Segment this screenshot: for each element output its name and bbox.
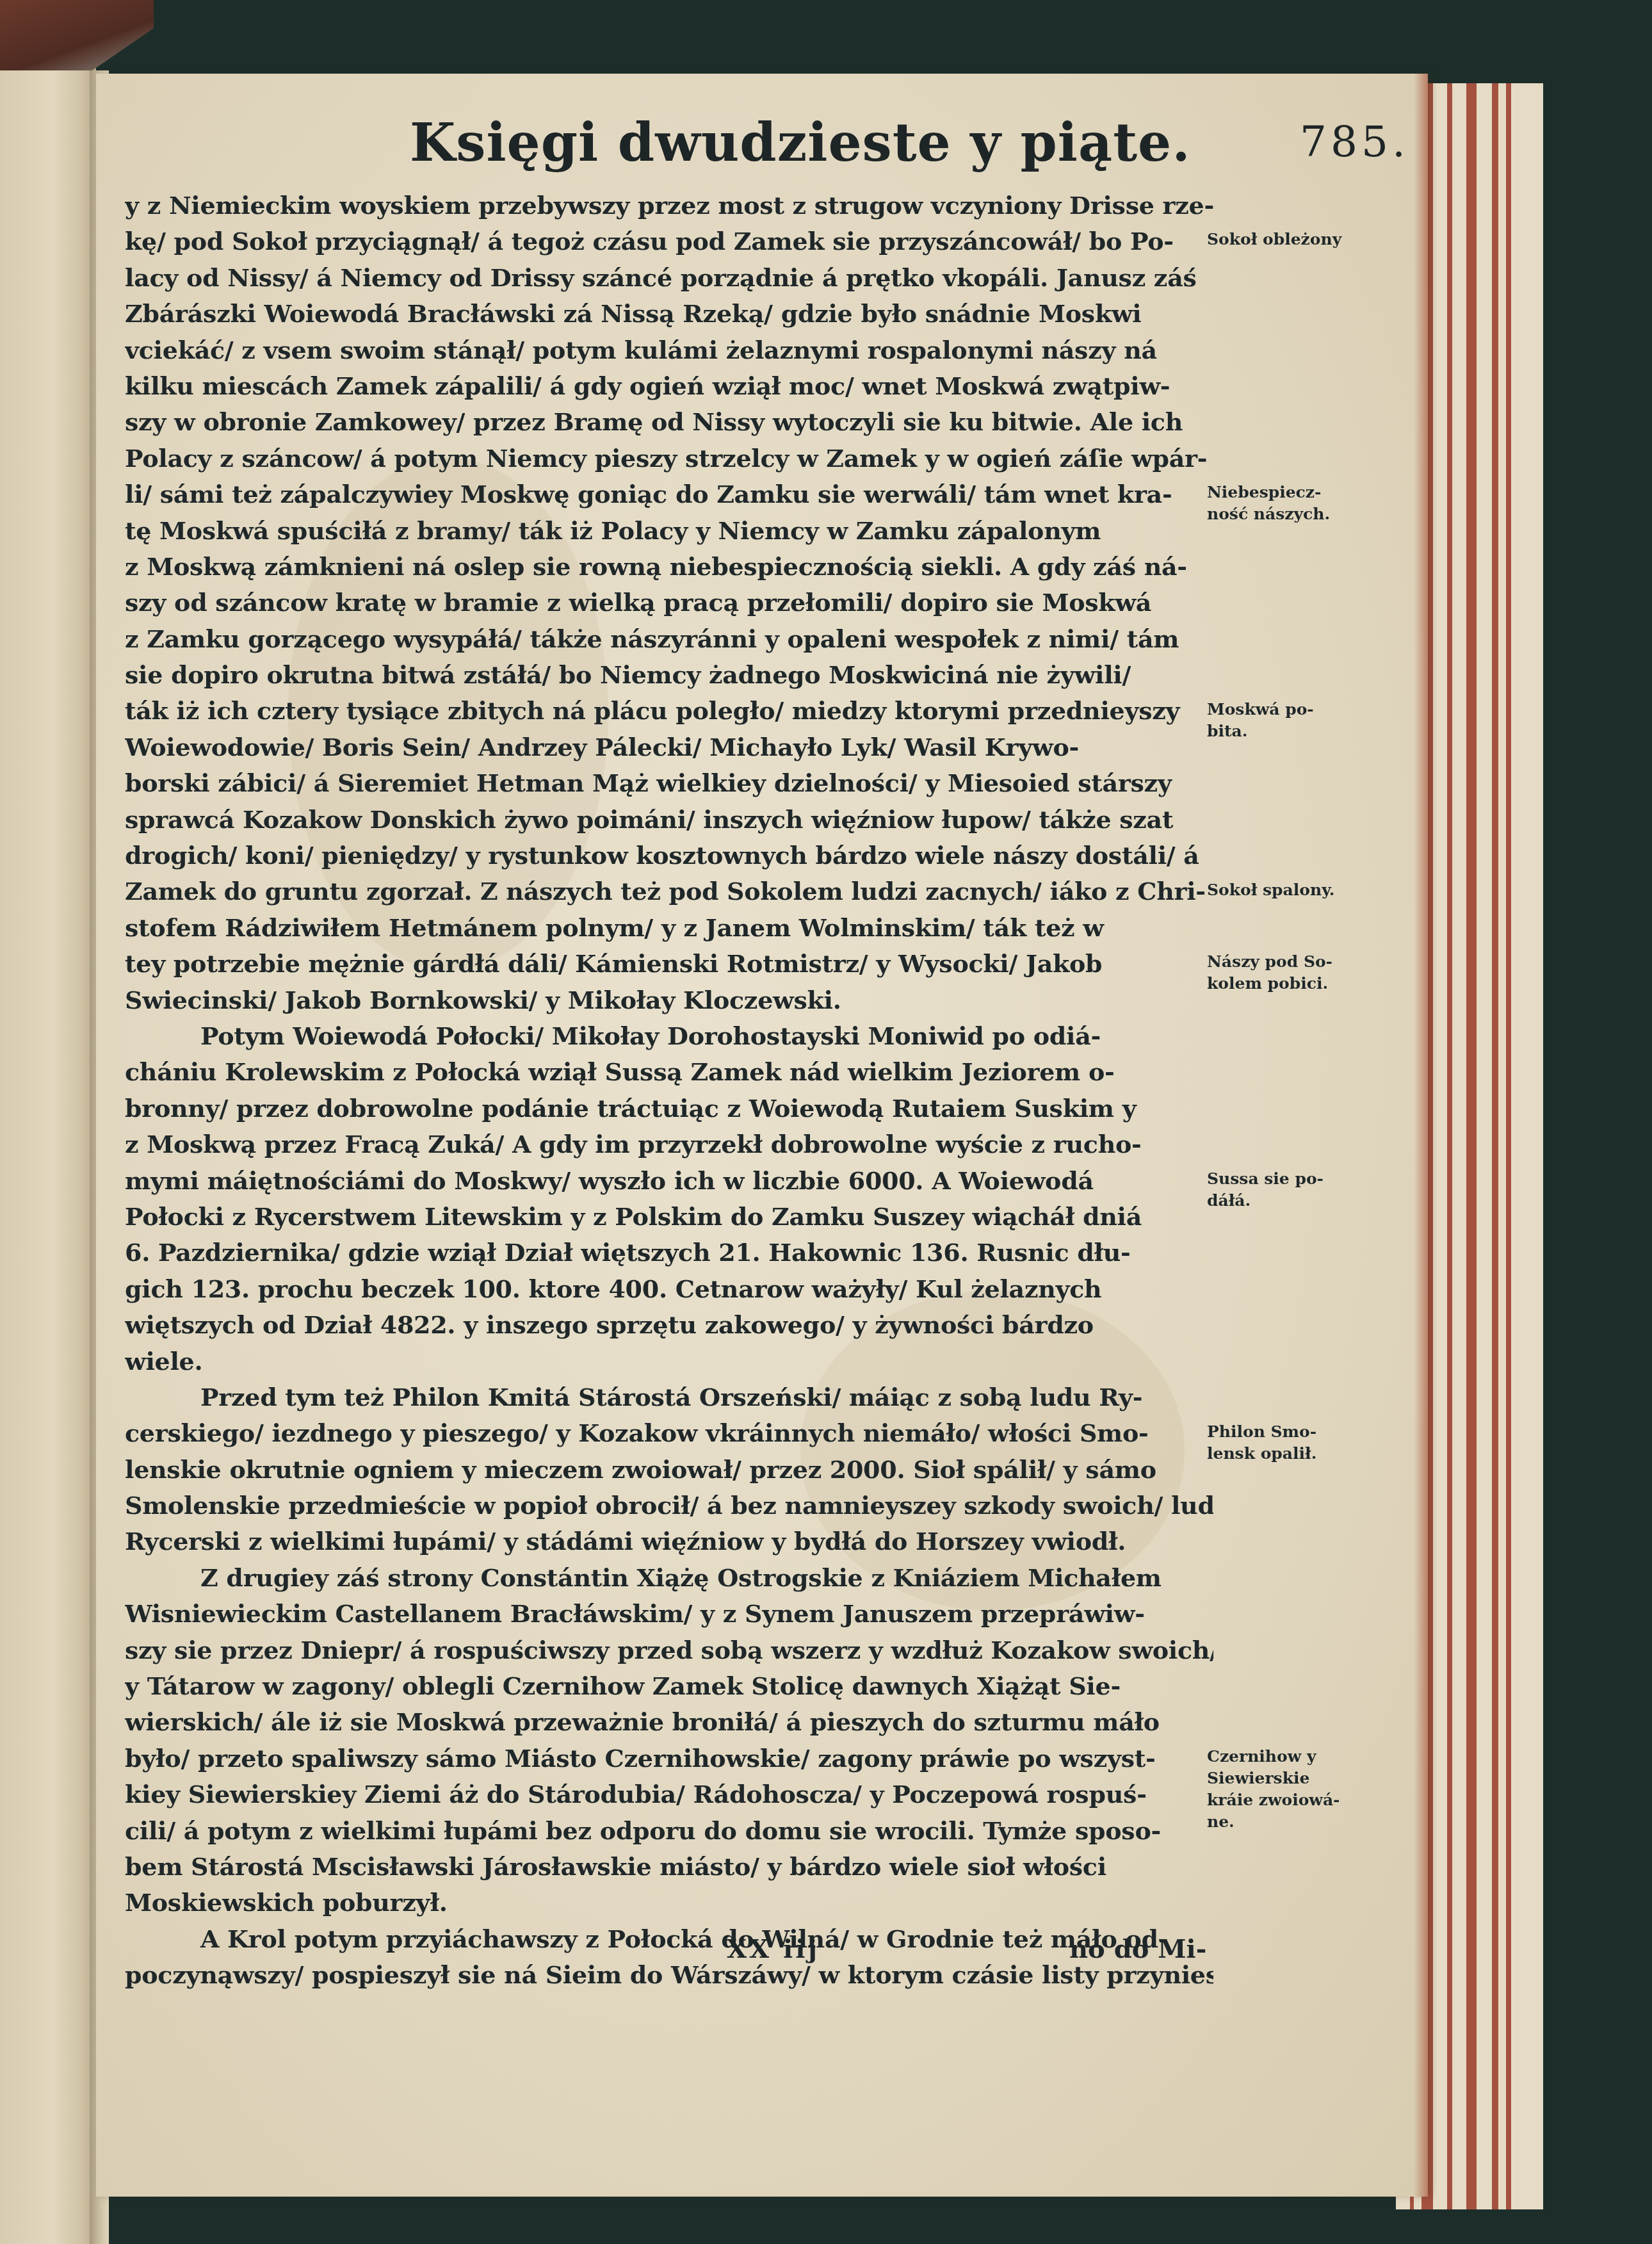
text-line: kę/ pod Sokoł przyciągnął/ á tegoż czásu… [125, 224, 1213, 259]
text-line: Z drugiey záś strony Constántin Xiążę Os… [125, 1560, 1213, 1596]
text-line: Swiecinski/ Jakob Bornkowski/ y Mikołay … [125, 982, 1213, 1018]
text-line: tę Moskwá spuściłá z bramy/ ták iż Polac… [125, 513, 1213, 549]
marginal-note-line: Philon Smo- [1207, 1421, 1412, 1443]
text-line: mymi máiętnościámi do Moskwy/ wyszło ich… [125, 1163, 1213, 1199]
text-line: vciekáć/ z vsem swoim stánął/ potym kulá… [125, 332, 1213, 368]
marginal-note: Sussa sie po-dáłá. [1207, 1168, 1412, 1212]
marginal-note: Nászy pod So-kolem pobici. [1207, 951, 1412, 995]
text-line: Smolenskie przedmieście w popioł obrocił… [125, 1488, 1213, 1524]
text-line: kiey Siewierskiey Ziemi áż do Stárodubia… [125, 1776, 1213, 1812]
text-line: drogich/ koni/ pieniędzy/ y rystunkow ko… [125, 838, 1213, 874]
text-line: sprawcá Kozakow Donskich żywo poimáni/ i… [125, 802, 1213, 838]
text-line: chániu Krolewskim z Połocká wziął Sussą … [125, 1054, 1213, 1090]
text-line: stofem Rádziwiłem Hetmánem polnym/ y z J… [125, 910, 1213, 946]
text-line: Woiewodowie/ Boris Sein/ Andrzey Pálecki… [125, 729, 1213, 765]
text-line: 6. Pazdziernika/ gdzie wziął Dział więts… [125, 1235, 1213, 1271]
text-line: wiele. [125, 1344, 1213, 1379]
text-line: cerskiego/ iezdnego y pieszego/ y Kozako… [125, 1415, 1213, 1451]
marginal-note-line: kráie zwoiowá- [1207, 1789, 1412, 1811]
marginal-note-line: bita. [1207, 720, 1412, 742]
book-page: Księgi dwudzieste y piąte. 785. y z Niem… [96, 74, 1428, 2197]
marginal-note-line: ne. [1207, 1811, 1412, 1833]
text-line: szy sie przez Dniepr/ á rospuściwszy prz… [125, 1632, 1213, 1668]
marginal-note-line: Siewierskie [1207, 1768, 1412, 1789]
text-line: Potym Woiewodá Połocki/ Mikołay Dorohost… [125, 1018, 1213, 1054]
marginal-note-line: Sokoł spalony. [1207, 879, 1412, 901]
text-line: Zamek do gruntu zgorzał. Z nászych też p… [125, 874, 1213, 909]
text-line: Przed tym też Philon Kmitá Stárostá Orsz… [125, 1379, 1213, 1415]
text-line: z Moskwą przez Fracą Zuká/ A gdy im przy… [125, 1126, 1213, 1162]
marginal-note: Niebespiecz-ność nászych. [1207, 482, 1412, 525]
marginal-note-line: kolem pobici. [1207, 973, 1412, 995]
text-line: ták iż ich cztery tysiące zbitych ná plá… [125, 693, 1213, 729]
facing-page-left [0, 61, 96, 2244]
page-number: 785. [1300, 117, 1409, 167]
red-page-edge [1492, 83, 1498, 2209]
text-line: cili/ á potym z wielkimi łupámi bez odpo… [125, 1813, 1213, 1849]
text-line: Zbárászki Woiewodá Bracłáwski zá Nissą R… [125, 296, 1213, 332]
text-line: z Moskwą zámknieni ná oslep sie rowną ni… [125, 549, 1213, 585]
marginal-note: Czernihow ySiewierskiekráie zwoiowá-ne. [1207, 1746, 1412, 1833]
text-line: szy od száncow kratę w bramie z wielką p… [125, 585, 1213, 621]
marginal-note: Sokoł spalony. [1207, 879, 1412, 901]
text-line: było/ przeto spaliwszy sámo Miásto Czern… [125, 1741, 1213, 1776]
text-line: z Zamku gorzącego wysypáłá/ tákże nászyr… [125, 621, 1213, 657]
page-footer: XX iij no do Mi- [96, 1934, 1428, 1985]
red-page-edge [1447, 83, 1452, 2209]
marginal-note-line: Czernihow y [1207, 1746, 1412, 1768]
text-line: gich 123. prochu beczek 100. ktore 400. … [125, 1271, 1213, 1307]
signature-mark: XX iij [727, 1934, 820, 1964]
text-line: bem Stárostá Mscisławski Járosławskie mi… [125, 1849, 1213, 1885]
marginal-note: Philon Smo-lensk opalił. [1207, 1421, 1412, 1465]
marginal-note-line: lensk opalił. [1207, 1443, 1412, 1465]
text-line: wierskich/ ále iż sie Moskwá przeważnie … [125, 1704, 1213, 1740]
red-page-edge [1466, 83, 1477, 2209]
running-title: Księgi dwudzieste y piąte. [410, 112, 1191, 174]
marginal-note-line: Nászy pod So- [1207, 951, 1412, 973]
text-line: Połocki z Rycerstwem Litewskim y z Polsk… [125, 1199, 1213, 1235]
body-text: y z Niemieckim woyskiem przebywszy przez… [125, 188, 1213, 1994]
marginal-note-line: ność nászych. [1207, 503, 1412, 525]
marginal-note: Sokoł obleżony [1207, 229, 1412, 250]
red-page-edge [1506, 83, 1511, 2209]
marginal-note-line: dáłá. [1207, 1190, 1412, 1212]
text-line: y z Niemieckim woyskiem przebywszy przez… [125, 188, 1213, 224]
text-line: Wisniewieckim Castellanem Bracłáwskim/ y… [125, 1596, 1213, 1632]
text-line: lacy od Nissy/ á Niemcy od Drissy száncé… [125, 260, 1213, 296]
marginal-note-line: Moskwá po- [1207, 699, 1412, 720]
text-line: y Tátarow w zagony/ oblegli Czernihow Za… [125, 1668, 1213, 1704]
marginal-note: Moskwá po-bita. [1207, 699, 1412, 742]
page-header: Księgi dwudzieste y piąte. 785. [410, 112, 1409, 195]
marginal-note-line: Niebespiecz- [1207, 482, 1412, 503]
text-line: bronny/ przez dobrowolne podánie tráctui… [125, 1091, 1213, 1126]
text-line: kilku miescách Zamek zápalili/ á gdy ogi… [125, 368, 1213, 404]
text-line: borski zábici/ á Sieremiet Hetman Mąż wi… [125, 765, 1213, 801]
text-line: Moskiewskich poburzył. [125, 1885, 1213, 1921]
text-line: sie dopiro okrutna bitwá zstáłá/ bo Niem… [125, 657, 1213, 693]
marginal-note-line: Sussa sie po- [1207, 1168, 1412, 1190]
text-line: tey potrzebie mężnie gárdłá dáli/ Kámien… [125, 946, 1213, 982]
text-line: li/ sámi też zápalczywiey Moskwę goniąc … [125, 476, 1213, 512]
text-line: lenskie okrutnie ogniem y mieczem zwoiow… [125, 1452, 1213, 1488]
text-line: więtszych od Dział 4822. y inszego sprzę… [125, 1307, 1213, 1343]
book-cover-corner [0, 0, 154, 70]
catchword: no do Mi- [1069, 1934, 1206, 1964]
text-line: Rycerski z wielkimi łupámi/ y stádámi wi… [125, 1524, 1213, 1559]
marginal-note-line: Sokoł obleżony [1207, 229, 1412, 250]
text-line: szy w obronie Zamkowey/ przez Bramę od N… [125, 404, 1213, 440]
text-line: Polacy z száncow/ á potym Niemcy pieszy … [125, 441, 1213, 476]
